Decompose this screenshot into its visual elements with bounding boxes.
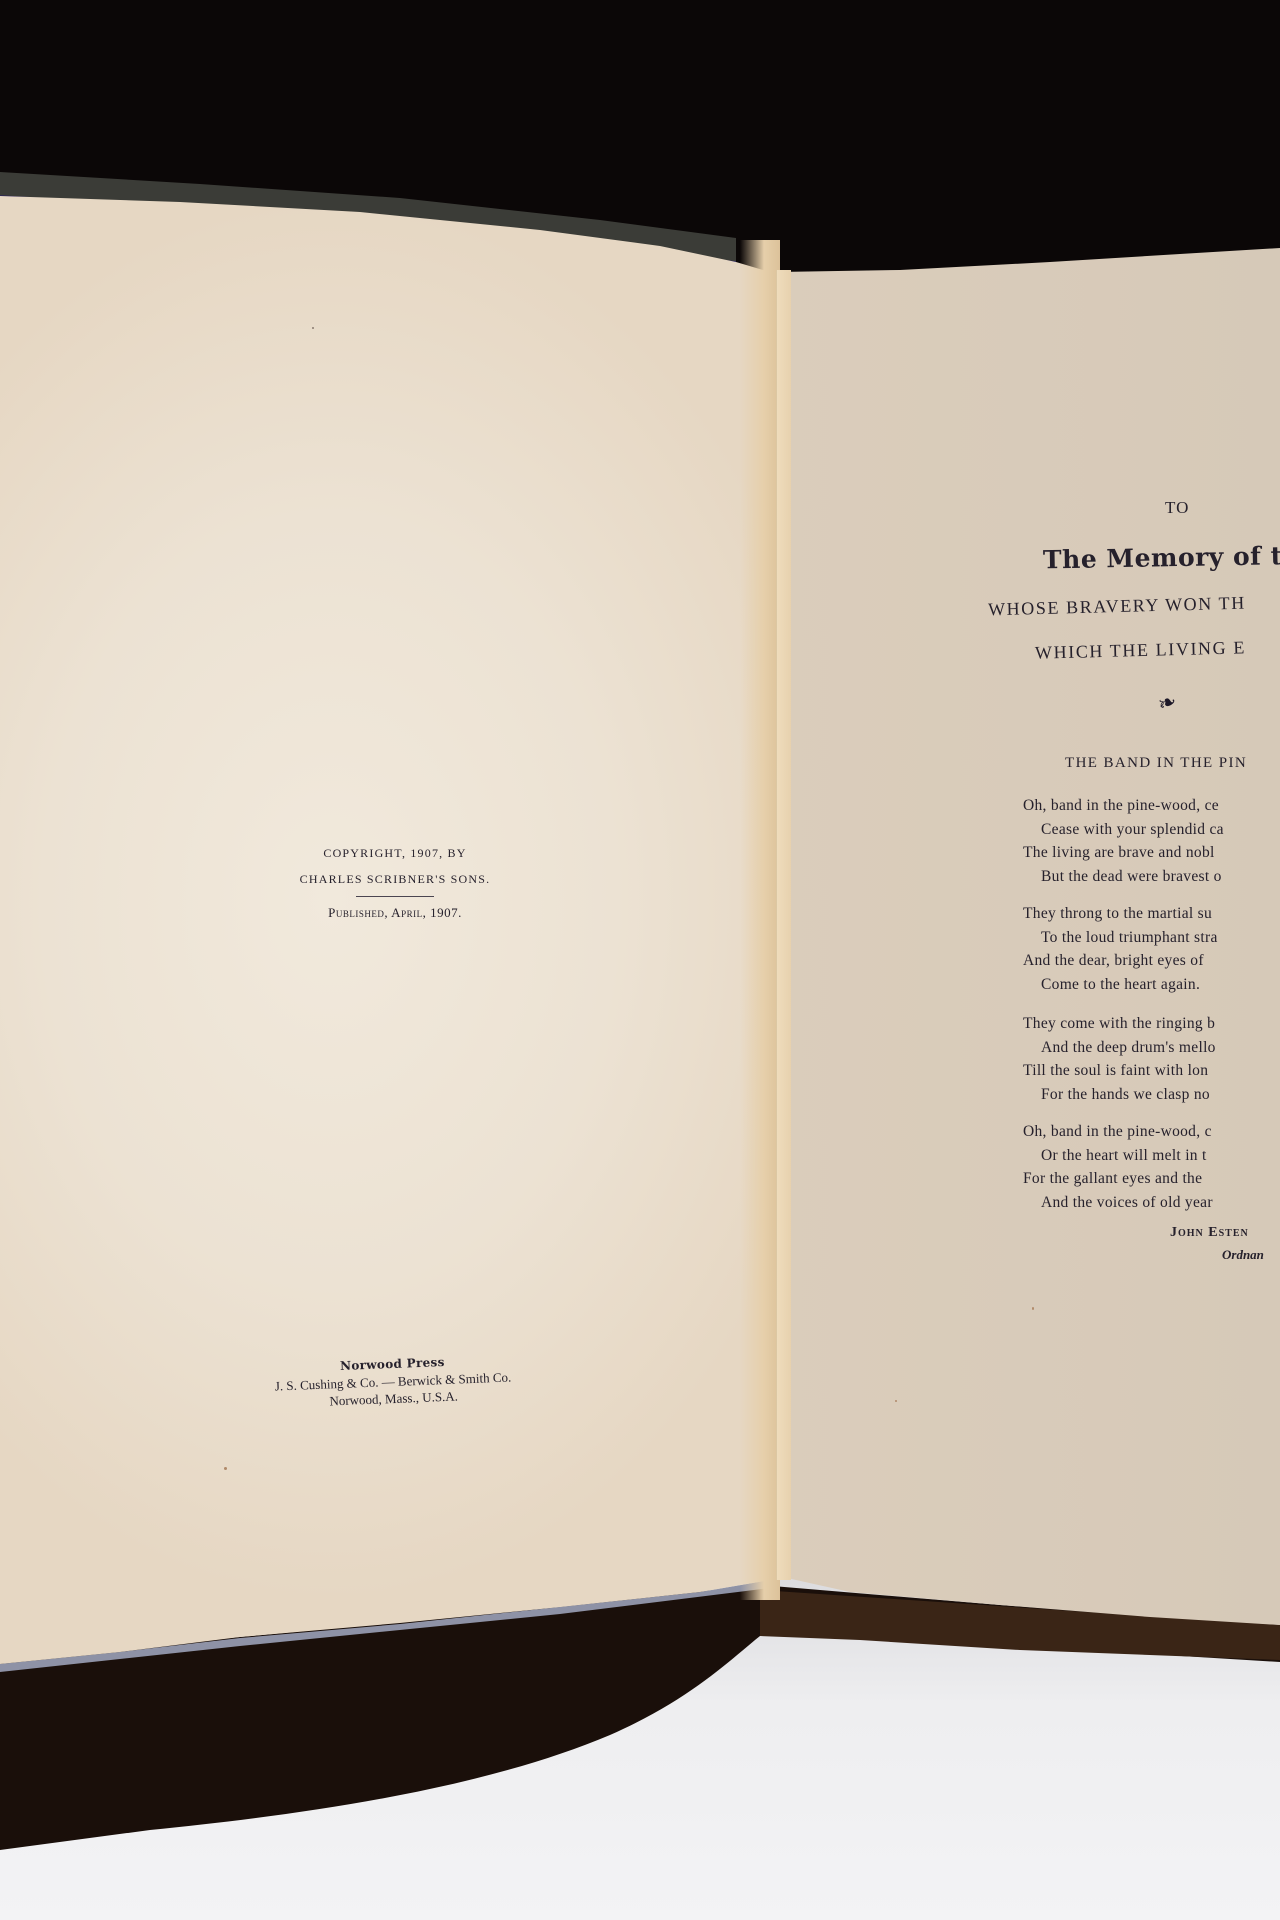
poem-line: And the dear, bright eyes of [1023, 949, 1218, 973]
poem-line: To the loud triumphant stra [1023, 926, 1218, 950]
dedication-to: TO [1165, 498, 1189, 518]
poem-line: For the gallant eyes and the [1023, 1167, 1213, 1191]
dedication-memory-heading: The Memory of the [1043, 541, 1280, 575]
dedication-line-1: WHOSE BRAVERY WON TH [988, 593, 1246, 621]
gutter-shadow [740, 240, 780, 1600]
poem-line: Come to the heart again. [1023, 973, 1218, 997]
poem-line: Cease with your splendid ca [1023, 818, 1224, 842]
paper-speck [224, 1467, 227, 1470]
divider-rule [356, 896, 434, 897]
book-photo: COPYRIGHT, 1907, BY CHARLES SCRIBNER'S S… [0, 0, 1280, 1920]
poem-line: Till the soul is faint with lon [1023, 1059, 1216, 1083]
publisher-line: CHARLES SCRIBNER'S SONS. [240, 868, 550, 890]
fleuron-ornament-icon: ❧ [1154, 688, 1180, 719]
poem-line: Oh, band in the pine-wood, c [1023, 1120, 1213, 1144]
poem-line: And the deep drum's mello [1023, 1036, 1216, 1060]
poem-stanza-4: Oh, band in the pine-wood, c Or the hear… [1023, 1120, 1213, 1214]
right-page-gutter [776, 270, 791, 1580]
poem-title: THE BAND IN THE PIN [1065, 755, 1247, 772]
poem-line: Or the heart will melt in t [1023, 1144, 1213, 1168]
printer-imprint: Norwood Press J. S. Cushing & Co. — Berw… [237, 1350, 549, 1413]
poem-line: They come with the ringing b [1023, 1012, 1216, 1036]
poem-line: Oh, band in the pine-wood, ce [1023, 794, 1224, 818]
dedication-line-2: WHICH THE LIVING E [1035, 637, 1246, 664]
paper-speck [1032, 1307, 1034, 1310]
copyright-block: COPYRIGHT, 1907, BY CHARLES SCRIBNER'S S… [240, 838, 550, 925]
copyright-line: COPYRIGHT, 1907, BY [240, 838, 550, 868]
poem-line: The living are brave and nobl [1023, 841, 1224, 865]
poem-author: John Esten [1170, 1225, 1249, 1241]
poem-stanza-3: They come with the ringing b And the dee… [1023, 1012, 1216, 1106]
poem-stanza-2: They throng to the martial su To the lou… [1023, 902, 1218, 996]
poem-line: For the hands we clasp no [1023, 1083, 1216, 1107]
poem-line: But the dead were bravest o [1023, 865, 1224, 889]
paper-speck [312, 327, 314, 329]
poem-line: And the voices of old year [1023, 1191, 1213, 1215]
published-date: Published, April, 1907. [240, 901, 550, 925]
poem-line: They throng to the martial su [1023, 902, 1218, 926]
poem-source: Ordnan [1222, 1247, 1264, 1263]
paper-speck [895, 1400, 897, 1402]
poem-stanza-1: Oh, band in the pine-wood, ce Cease with… [1023, 794, 1224, 888]
